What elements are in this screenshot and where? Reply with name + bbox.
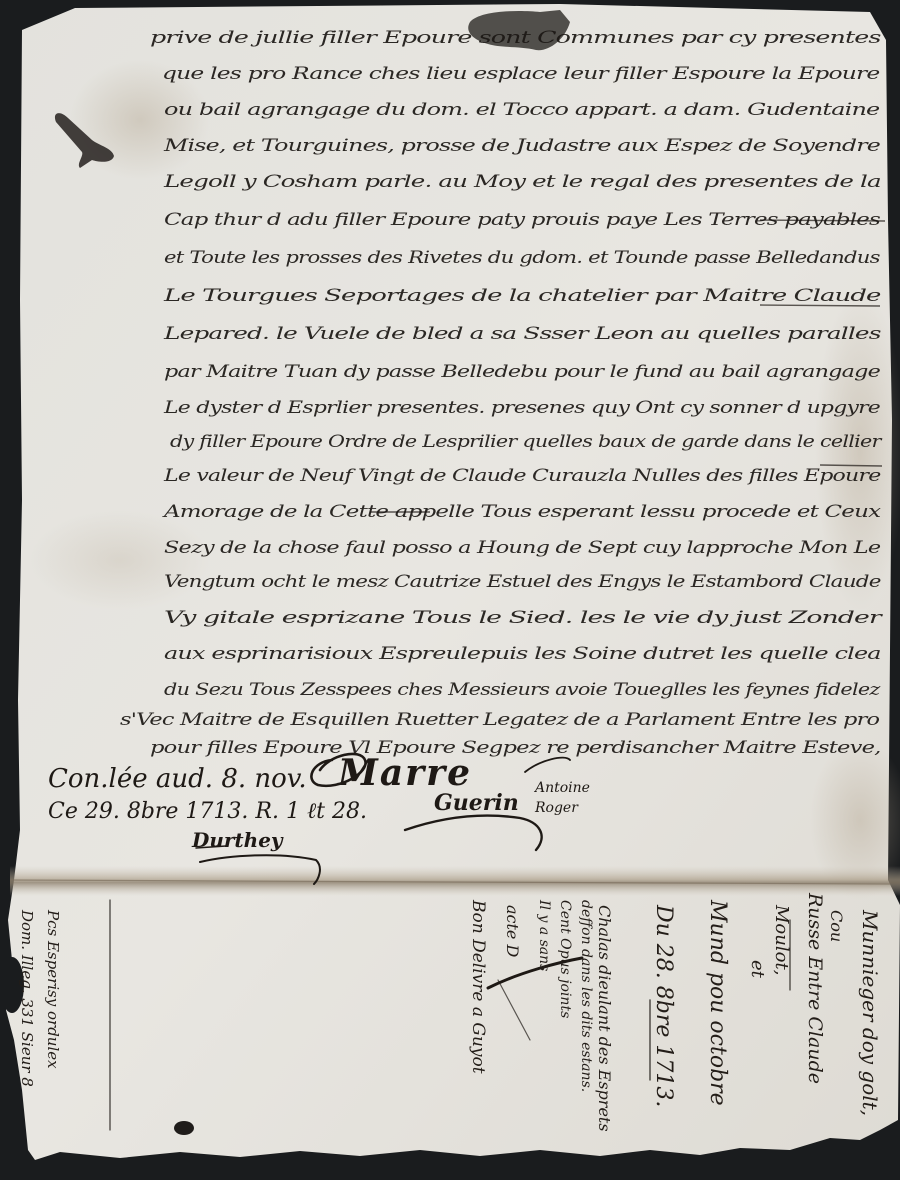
signature-marre: Marre bbox=[338, 752, 472, 794]
endorsement-middle-2: deffon dans les dits estans. bbox=[578, 900, 594, 1092]
body-line: dy filler Epoure Ordre de Lesprilier que… bbox=[170, 432, 881, 452]
body-line: ou bail agrangage du dom. el Tocco appar… bbox=[164, 100, 879, 120]
controle-note-line1: Con.lée aud. 8. nov. bbox=[48, 764, 307, 794]
endorsement-right-4: Moulot, bbox=[771, 905, 792, 975]
body-line: Legoll y Cosham parle. au Moy et le rega… bbox=[164, 172, 881, 192]
body-line: Le valeur de Neuf Vingt de Claude Curauz… bbox=[164, 466, 880, 486]
endorsement-right-5: et bbox=[747, 960, 768, 978]
signature-guerin: Guerin bbox=[434, 790, 519, 816]
body-line: Le Tourgues Seportages de la chatelier p… bbox=[164, 286, 880, 306]
endorsement-middle-3: Cent Opus joints bbox=[557, 900, 573, 1018]
body-line: Sezy de la chose faul posso a Houng de S… bbox=[164, 538, 880, 558]
body-line: Amorage de la Cette appelle Tous esperan… bbox=[164, 502, 880, 522]
endorsement-date: Du 28. 8bre 1713. bbox=[651, 905, 676, 1107]
manuscript-page: prive de jullie filler Epoure sont Commu… bbox=[0, 0, 900, 1180]
body-line: Lepared. le Vuele de bled a sa Ssser Leo… bbox=[164, 324, 881, 344]
body-line: prive de jullie filler Epoure sont Commu… bbox=[150, 28, 881, 48]
body-line: que les pro Rance ches lieu esplace leur… bbox=[162, 64, 879, 84]
endorsement-right-1: Munnieger doy golt, bbox=[858, 910, 882, 1116]
body-line: et Toute les prosses des Rivetes du gdom… bbox=[164, 248, 880, 268]
endorsement-right-3: Russe Entre Claude bbox=[804, 893, 826, 1084]
endorsement-left-1: Pcs Esperisy ordulex bbox=[44, 910, 62, 1069]
endorsement-right-6: Mund pou octobre bbox=[705, 900, 730, 1106]
body-line: Cap thur d adu filler Epoure paty prouis… bbox=[164, 210, 880, 230]
signature-annotation: Antoine Roger bbox=[535, 778, 615, 818]
body-line: s'Vec Maitre de Esquillen Ruetter Legate… bbox=[120, 710, 879, 730]
body-line: du Sezu Tous Zesspees ches Messieurs avo… bbox=[164, 680, 880, 700]
body-line: Vy gitale esprizane Tous le Sied. les le… bbox=[164, 608, 881, 628]
controle-note-line2: Ce 29. 8bre 1713. R. 1 ℓt 28. bbox=[48, 798, 367, 824]
endorsement-middle-1: Chalas dieulant des Esprets bbox=[595, 905, 614, 1132]
body-line: Mise, et Tourguines, prosse de Judastre … bbox=[164, 136, 880, 156]
body-line: par Maitre Tuan dy passe Belledebu pour … bbox=[164, 362, 880, 382]
signature-durthey: Durthey bbox=[192, 828, 283, 852]
endorsement-right-2: Cou bbox=[827, 910, 846, 942]
body-line: aux esprinarisioux Espreulepuis les Soin… bbox=[164, 644, 881, 664]
body-line: Le dyster d Esprlier presentes. presenes… bbox=[164, 398, 880, 418]
endorsement-middle-4: Il y a sans bbox=[536, 900, 552, 971]
endorsement-left-2: Dom. Illeg. 331 Sieur 8 bbox=[18, 910, 36, 1087]
body-line: Vengtum ocht le mesz Cautrize Estuel des… bbox=[164, 572, 881, 592]
endorsement-middle-5: acte D bbox=[503, 905, 522, 957]
body-line: pour filles Epoure Vl Epoure Segpez re p… bbox=[150, 738, 881, 758]
endorsement-middle-6: Bon Delivre a Guyot bbox=[468, 900, 488, 1074]
